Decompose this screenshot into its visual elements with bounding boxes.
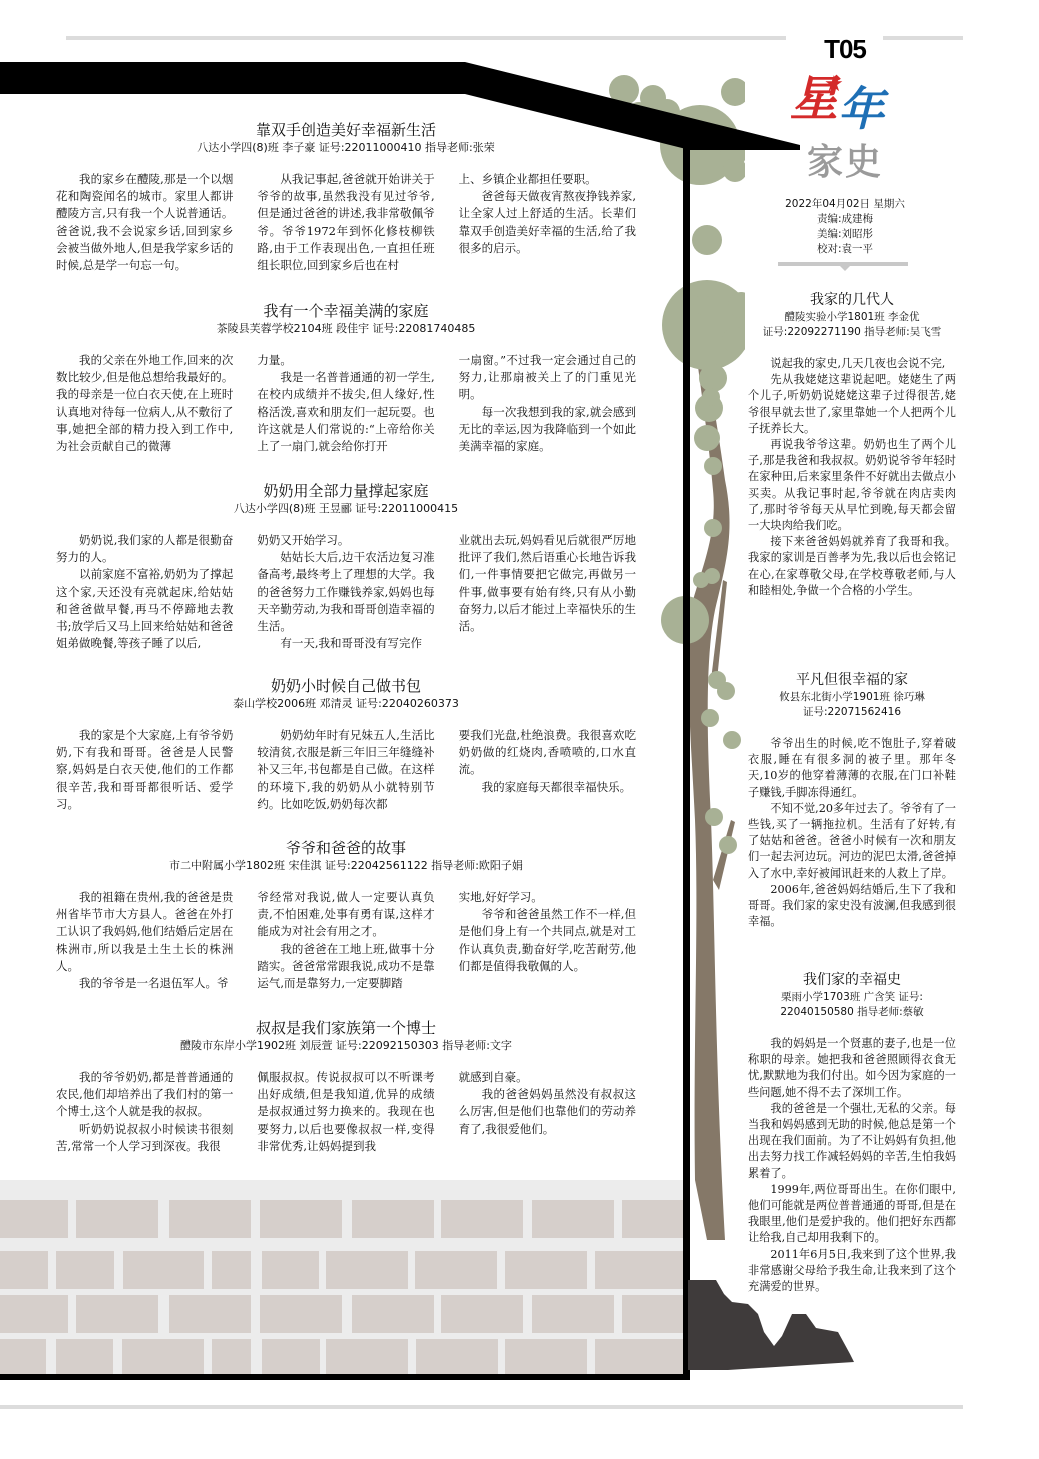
paragraph: 我的爷爷是一名退伍军人。爷 (56, 975, 233, 992)
article-columns: 我的家乡在醴陵,那是一个以烟花和陶瓷闻名的城市。家里人都讲醴陵方言,只有我一个人… (56, 171, 636, 274)
paragraph: 我的妈妈是一个贤惠的妻子,也是一位称职的母亲。她把我和爸爸照顾得衣食无忧,默默地… (748, 1036, 956, 1101)
editor-credit: 责编:成建梅 (770, 212, 920, 227)
article-columns: 我的爷爷奶奶,都是普普通通的农民,他们却培养出了我们村的第一个博士,这个人就是我… (56, 1069, 636, 1155)
house-floor (0, 1374, 690, 1380)
sidebar-article-byline: 醴陵实验小学1801班 李金优 (748, 310, 956, 325)
article-column: 奶奶说,我们家的人都是很勤奋努力的人。以前家庭不富裕,奶奶为了撑起这个家,天还没… (56, 532, 233, 652)
proofreader-credit: 校对:袁一平 (770, 242, 920, 257)
paragraph: 上、乡镇企业都担任要职。 (459, 171, 636, 188)
article-columns: 我的父亲在外地工作,回来的次数比较少,但是他总想给我最好的。我的母亲是一位白衣天… (56, 352, 636, 455)
paragraph: 佩服叔叔。传说叔叔可以不听课考出好成绩,但是我知道,优异的成绩是叔叔通过努力换来… (257, 1069, 434, 1155)
sidebar-article-title: 我家的几代人 (748, 290, 956, 310)
paragraph: 奶奶幼年时有兄妹五人,生活比较清贫,衣服是新三年旧三年缝缝补补又三年,书包都是自… (257, 727, 434, 813)
paragraph: 业就出去玩,妈妈看见后就很严厉地批评了我们,然后语重心长地告诉我们,一件事情要把… (459, 532, 636, 635)
paragraph: 我的爸爸是一个强壮,无私的父亲。每当我和妈妈感到无助的时候,他总是第一个出现在我… (748, 1101, 956, 1182)
article-byline: 茶陵县芙蓉学校2104班 段佳宇 证号:22081740485 (56, 321, 636, 336)
article-column: 我的家是个大家庭,上有爷爷奶奶,下有我和哥哥。爸爸是人民警察,妈妈是白衣天使,他… (56, 727, 233, 813)
article-column: 爷经常对我说,做人一定要认真负责,不怕困难,处事有勇有谋,这样才能成为对社会有用… (257, 889, 434, 992)
article: 奶奶小时候自己做书包泰山学校2006班 邓清灵 证号:22040260373我的… (56, 676, 636, 813)
paragraph: 姑姑长大后,边干农活边复习准备高考,最终考上了理想的大学。我的爸爸努力工作赚钱养… (257, 549, 434, 635)
article-columns: 我的家是个大家庭,上有爷爷奶奶,下有我和哥哥。爸爸是人民警察,妈妈是白衣天使,他… (56, 727, 636, 813)
sidebar-article-body: 爷爷出生的时候,吃不饱肚子,穿着破衣服,睡在有很多洞的被子里。那年冬天,10岁的… (748, 736, 956, 930)
edition-meta: 2022年04月02日 星期六 责编:成建梅 美编:刘昭彤 校对:袁一平 (770, 197, 920, 257)
article-title: 我有一个幸福美满的家庭 (56, 301, 636, 321)
article-column: 力量。我是一名普普通通的初一学生,在校内成绩并不拔尖,但人缘好,性格活泼,喜欢和… (257, 352, 434, 455)
masthead: T05 星 ★ 年 家史 (790, 34, 900, 184)
paragraph: 我的家是个大家庭,上有爷爷奶奶,下有我和哥哥。爸爸是人民警察,妈妈是白衣天使,他… (56, 727, 233, 813)
article: 奶奶用全部力量撑起家庭八达小学四(8)班 王昱郦 证号:22011000415奶… (56, 481, 636, 652)
paragraph: 听奶奶说叔叔小时候读书很刻苦,常常一个人学习到深夜。我很 (56, 1121, 233, 1155)
paragraph: 就感到自豪。 (459, 1069, 636, 1086)
sidebar-article-byline: 证号:22092271190 指导老师:吴飞雪 (748, 325, 956, 340)
article-column: 实地,好好学习。爷爷和爸爸虽然工作不一样,但是他们身上有一个共同点,就是对工作认… (459, 889, 636, 992)
paragraph: 从我记事起,爸爸就开始讲关于爷爷的故事,虽然我没有见过爷爷,但是通过爸爸的讲述,… (257, 171, 434, 274)
article-column: 奶奶又开始学习。姑姑长大后,边干农活边复习准备高考,最终考上了理想的大学。我的爸… (257, 532, 434, 652)
article-column: 业就出去玩,妈妈看见后就很严厉地批评了我们,然后语重心长地告诉我们,一件事情要把… (459, 532, 636, 652)
paragraph: 每一次我想到我的家,就会感到无比的幸运,因为我降临到一个如此美满幸福的家庭。 (459, 404, 636, 456)
paragraph: 我的爸爸在工地上班,做事十分踏实。爸爸常常跟我说,成功不是靠运气,而是靠努力,一… (257, 941, 434, 993)
paragraph: 要我们光盘,杜绝浪费。我很喜欢吃奶奶做的红烧肉,香喷喷的,口水直流。 (459, 727, 636, 779)
article-column: 我的父亲在外地工作,回来的次数比较少,但是他总想给我最好的。我的母亲是一位白衣天… (56, 352, 233, 455)
paragraph: 我是一名普普通通的初一学生,在校内成绩并不拔尖,但人缘好,性格活泼,喜欢和朋友们… (257, 369, 434, 455)
paragraph: 接下来爸爸妈妈就养育了我哥和我。我家的家训是百善孝为先,我以后也会铭记在心,在家… (748, 534, 956, 599)
issue-date: 2022年04月02日 星期六 (770, 197, 920, 212)
article-column: 我的家乡在醴陵,那是一个以烟花和陶瓷闻名的城市。家里人都讲醴陵方言,只有我一个人… (56, 171, 233, 274)
article-byline: 八达小学四(8)班 王昱郦 证号:22011000415 (56, 501, 636, 516)
bottom-rule (0, 1405, 963, 1409)
sidebar-article-title: 我们家的幸福史 (748, 970, 956, 990)
article-columns: 奶奶说,我们家的人都是很勤奋努力的人。以前家庭不富裕,奶奶为了撑起这个家,天还没… (56, 532, 636, 652)
paragraph: 力量。 (257, 352, 434, 369)
paragraph: 说起我的家史,几天几夜也会说不完, (748, 356, 956, 372)
article-column: 一扇窗。”不过我一定会通过自己的努力,让那扇被关上了的门重见光明。每一次我想到我… (459, 352, 636, 455)
article-title: 爷爷和爸爸的故事 (56, 838, 636, 858)
paragraph: 以前家庭不富裕,奶奶为了撑起这个家,天还没有亮就起床,给姑姑和爸爸做早餐,再马不… (56, 566, 233, 652)
art-editor-credit: 美编:刘昭彤 (770, 227, 920, 242)
paragraph: 有一天,我和哥哥没有写完作 (257, 635, 434, 652)
article-column: 佩服叔叔。传说叔叔可以不听课考出好成绩,但是我知道,优异的成绩是叔叔通过努力换来… (257, 1069, 434, 1155)
article-column: 我的爷爷奶奶,都是普普通通的农民,他们却培养出了我们村的第一个博士,这个人就是我… (56, 1069, 233, 1155)
article-title: 奶奶小时候自己做书包 (56, 676, 636, 696)
paragraph: 我的家庭每天都很幸福快乐。 (459, 779, 636, 796)
paragraph: 爸爸每天做夜宵熬夜挣钱养家,让全家人过上舒适的生活。长辈们靠双手创造美好幸福的生… (459, 188, 636, 257)
paragraph: 爷经常对我说,做人一定要认真负责,不怕困难,处事有勇有谋,这样才能成为对社会有用… (257, 889, 434, 941)
sidebar-article: 平凡但很幸福的家攸县东北街小学1901班 徐巧琳证号:22071562416爷爷… (748, 670, 956, 930)
paragraph: 奶奶说,我们家的人都是很勤奋努力的人。 (56, 532, 233, 566)
sidebar-article-title: 平凡但很幸福的家 (748, 670, 956, 690)
article-title: 叔叔是我们家族第一个博士 (56, 1018, 636, 1038)
article-title: 靠双手创造美好幸福新生活 (56, 120, 636, 140)
page-number: T05 (790, 34, 900, 64)
article: 爷爷和爸爸的故事市二中附属小学1802班 宋佳淇 证号:22042561122 … (56, 838, 636, 992)
paragraph: 爷爷和爸爸虽然工作不一样,但是他们身上有一个共同点,就是对工作认真负责,勤奋好学… (459, 906, 636, 975)
article: 靠双手创造美好幸福新生活八达小学四(8)班 李子豪 证号:22011000410… (56, 120, 636, 274)
article: 叔叔是我们家族第一个博士醴陵市东岸小学1902班 刘辰萱 证号:22092150… (56, 1018, 636, 1155)
article-column: 就感到自豪。我的爸爸妈妈虽然没有叔叔这么厉害,但是他们也靠他们的劳动养育了,我很… (459, 1069, 636, 1155)
brick-wall-full (0, 1180, 683, 1376)
sidebar-article-byline: 证号:22071562416 (748, 705, 956, 720)
logo: 星 ★ 年 (790, 68, 900, 140)
chevron-down-icon (836, 262, 854, 271)
sidebar-article-byline: 攸县东北街小学1901班 徐巧琳 (748, 690, 956, 705)
paragraph: 2006年,爸爸妈妈结婚后,生下了我和哥哥。我们家的家史没有波澜,但我感到很幸福… (748, 882, 956, 931)
paragraph: 爷爷出生的时候,吃不饱肚子,穿着破衣服,睡在有很多洞的被子里。那年冬天,10岁的… (748, 736, 956, 801)
paragraph: 先从我姥姥这辈说起吧。姥姥生了两个儿子,听奶奶说姥姥这辈子过得很苦,姥爷很早就去… (748, 372, 956, 437)
article-column: 从我记事起,爸爸就开始讲关于爷爷的故事,虽然我没有见过爷爷,但是通过爸爸的讲述,… (257, 171, 434, 274)
section-name: 家史 (790, 140, 900, 184)
sidebar-article: 我们家的幸福史栗雨小学1703班 广含笑 证号:22040150580 指导老师… (748, 970, 956, 1295)
paragraph: 我的爷爷奶奶,都是普普通通的农民,他们却培养出了我们村的第一个博士,这个人就是我… (56, 1069, 233, 1121)
article-column: 要我们光盘,杜绝浪费。我很喜欢吃奶奶做的红烧肉,香喷喷的,口水直流。我的家庭每天… (459, 727, 636, 813)
article-title: 奶奶用全部力量撑起家庭 (56, 481, 636, 501)
paragraph: 不知不觉,20多年过去了。爷爷有了一些钱,买了一辆拖拉机。生活有了好转,有了姑姑… (748, 801, 956, 882)
paragraph: 2011年6月5日,我来到了这个世界,我非常感谢父母给予我生命,让我来到了这个充… (748, 1247, 956, 1296)
article-column: 奶奶幼年时有兄妹五人,生活比较清贫,衣服是新三年旧三年缝缝补补又三年,书包都是自… (257, 727, 434, 813)
article: 我有一个幸福美满的家庭茶陵县芙蓉学校2104班 段佳宇 证号:220817404… (56, 301, 636, 455)
article-byline: 醴陵市东岸小学1902班 刘辰萱 证号:22092150303 指导老师:文字 (56, 1038, 636, 1053)
article-column: 上、乡镇企业都担任要职。爸爸每天做夜宵熬夜挣钱养家,让全家人过上舒适的生活。长辈… (459, 171, 636, 274)
paragraph: 我的父亲在外地工作,回来的次数比较少,但是他总想给我最好的。我的母亲是一位白衣天… (56, 352, 233, 455)
paragraph: 再说我爷爷这辈。奶奶也生了两个儿子,那是我爸和我叔叔。奶奶说爷爷年轻时在家种田,… (748, 437, 956, 534)
article-columns: 我的祖籍在贵州,我的爸爸是贵州省毕节市大方县人。爸爸在外打工认识了我妈妈,他们结… (56, 889, 636, 992)
sidebar-article-body: 我的妈妈是一个贤惠的妻子,也是一位称职的母亲。她把我和爸爸照顾得衣食无忧,默默地… (748, 1036, 956, 1295)
article-byline: 泰山学校2006班 邓清灵 证号:22040260373 (56, 696, 636, 711)
sidebar-article: 我家的几代人醴陵实验小学1801班 李金优证号:22092271190 指导老师… (748, 290, 956, 599)
logo-nian: 年 (838, 84, 884, 134)
paragraph: 我的祖籍在贵州,我的爸爸是贵州省毕节市大方县人。爸爸在外打工认识了我妈妈,他们结… (56, 889, 233, 975)
paragraph: 奶奶又开始学习。 (257, 532, 434, 549)
article-byline: 八达小学四(8)班 李子豪 证号:22011000410 指导老师:张荣 (56, 140, 636, 155)
house-right-wall-lower (683, 143, 690, 1380)
paragraph: 1999年,两位哥哥出生。在你们眼中,他们可能就是两位普普通通的哥哥,但是在我眼… (748, 1182, 956, 1247)
article-byline: 市二中附属小学1802班 宋佳淇 证号:22042561122 指导老师:欧阳子… (56, 858, 636, 873)
sidebar-article-byline: 栗雨小学1703班 广含笑 证号: (748, 990, 956, 1005)
sidebar-article-byline: 22040150580 指导老师:蔡敏 (748, 1005, 956, 1020)
sidebar-article-body: 说起我的家史,几天几夜也会说不完,先从我姥姥这辈说起吧。姥姥生了两个儿子,听奶奶… (748, 356, 956, 599)
paragraph: 我的家乡在醴陵,那是一个以烟花和陶瓷闻名的城市。家里人都讲醴陵方言,只有我一个人… (56, 171, 233, 274)
paragraph: 一扇窗。”不过我一定会通过自己的努力,让那扇被关上了的门重见光明。 (459, 352, 636, 404)
article-column: 我的祖籍在贵州,我的爸爸是贵州省毕节市大方县人。爸爸在外打工认识了我妈妈,他们结… (56, 889, 233, 992)
paragraph: 实地,好好学习。 (459, 889, 636, 906)
paragraph: 我的爸爸妈妈虽然没有叔叔这么厉害,但是他们也靠他们的劳动养育了,我很爱他们。 (459, 1086, 636, 1138)
